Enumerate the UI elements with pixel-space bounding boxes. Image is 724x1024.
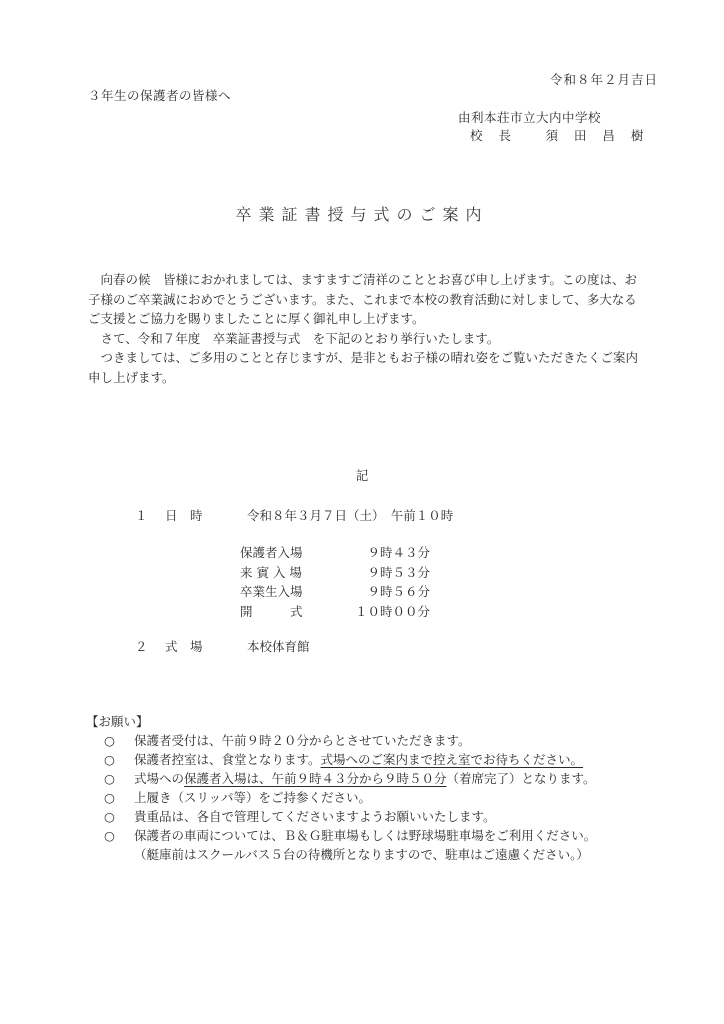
circle-bullet-icon: ○ [88, 826, 134, 845]
note-text: 式場への [134, 771, 184, 786]
body-text: 向春の候 皆様におかれましては、ますますご清祥のこととお喜び申し上げます。この度… [88, 270, 648, 387]
note-text: （着席完了）となります。 [447, 771, 596, 786]
note-text: 保護者受付は、午前９時２０分からとさせていただきます。 [134, 733, 471, 748]
schedule-row: 来 賓 入 場９時５３分 [240, 563, 430, 583]
paragraph-greeting: 向春の候 皆様におかれましては、ますますご清祥のこととお喜び申し上げます。この度… [88, 270, 648, 329]
schedule-table: 保護者入場９時４３分 来 賓 入 場９時５３分 卒業生入場９時５６分 開 式１０… [240, 543, 430, 621]
note-item: ○保護者受付は、午前９時２０分からとさせていただきます。 [88, 731, 596, 750]
recipient-line: ３年生の保護者の皆様へ [88, 86, 231, 104]
schedule-row: 保護者入場９時４３分 [240, 543, 430, 563]
notes-section: 【お願い】 ○保護者受付は、午前９時２０分からとさせていただきます。 ○保護者控… [88, 712, 596, 864]
schedule-label: 保護者入場 [240, 543, 340, 563]
ki-heading: 記 [0, 466, 724, 484]
item-value: 令和８年３月７日（土） 午前１０時 [247, 506, 453, 524]
schedule-time: ９時４３分 [340, 543, 430, 563]
item-number: １ [135, 506, 161, 524]
note-item: ○上履き（スリッパ等）をご持参ください。 [88, 788, 596, 807]
note-text: 貴重品は、各自で管理してくださいますようお願いいたします。 [134, 809, 496, 824]
schedule-time: ９時５６分 [340, 582, 430, 602]
schedule-label: 開 式 [240, 602, 340, 622]
notes-header: 【お願い】 [86, 712, 596, 731]
principal-name: 校 長 須 田 昌 樹 [470, 126, 649, 144]
note-text: 保護者の車両については、Ｂ＆Ｇ駐車場もしくは野球場駐車場をご利用ください。 [134, 828, 596, 843]
circle-bullet-icon: ○ [88, 750, 134, 769]
item-datetime: １ 日 時 令和８年３月７日（土） 午前１０時 [135, 506, 453, 524]
document-title: 卒業証書授与式のご案内 [0, 202, 724, 225]
note-item: ○保護者の車両については、Ｂ＆Ｇ駐車場もしくは野球場駐車場をご利用ください。 [88, 826, 596, 845]
item-label: 式 場 [165, 637, 243, 655]
paragraph-announcement: さて、令和７年度 卒業証書授与式 を下記のとおり挙行いたします。 [88, 329, 648, 349]
note-text: 上履き（スリッパ等）をご持参ください。 [134, 790, 371, 805]
item-number: ２ [135, 637, 161, 655]
circle-bullet-icon: ○ [88, 788, 134, 807]
schedule-label: 来 賓 入 場 [240, 563, 340, 583]
circle-bullet-icon: ○ [88, 731, 134, 750]
schedule-row: 卒業生入場９時５６分 [240, 582, 430, 602]
schedule-row: 開 式１０時００分 [240, 602, 430, 622]
paragraph-invitation: つきましては、ご多用のことと存じますが、是非ともお子様の晴れ姿をご覧いただきたく… [88, 348, 648, 387]
parking-sub-note: （艇庫前はスクールバス５台の待機所となりますので、駐車はご遠慮ください。） [88, 845, 596, 864]
note-item: ○保護者控室は、食堂となります。式場へのご案内まで控え室でお待ちください。 [88, 750, 596, 769]
circle-bullet-icon: ○ [88, 769, 134, 788]
schedule-time: １０時００分 [340, 602, 430, 622]
item-venue: ２ 式 場 本校体育館 [135, 637, 309, 655]
note-underlined: 保護者入場は、午前９時４３分から９時５０分 [184, 771, 447, 786]
schedule-label: 卒業生入場 [240, 582, 340, 602]
document-date: 令和８年２月吉日 [550, 70, 658, 88]
note-item: ○貴重品は、各自で管理してくださいますようお願いいたします。 [88, 807, 596, 826]
circle-bullet-icon: ○ [88, 807, 134, 826]
note-text: 保護者控室は、食堂となります。 [134, 752, 321, 767]
item-label: 日 時 [165, 506, 243, 524]
note-item: ○式場への保護者入場は、午前９時４３分から９時５０分（着席完了）となります。 [88, 769, 596, 788]
item-value: 本校体育館 [247, 639, 310, 654]
note-underlined: 式場へのご案内まで控え室でお待ちください。 [321, 752, 584, 767]
schedule-time: ９時５３分 [340, 563, 430, 583]
school-name: 由利本荘市立大内中学校 [458, 108, 601, 126]
